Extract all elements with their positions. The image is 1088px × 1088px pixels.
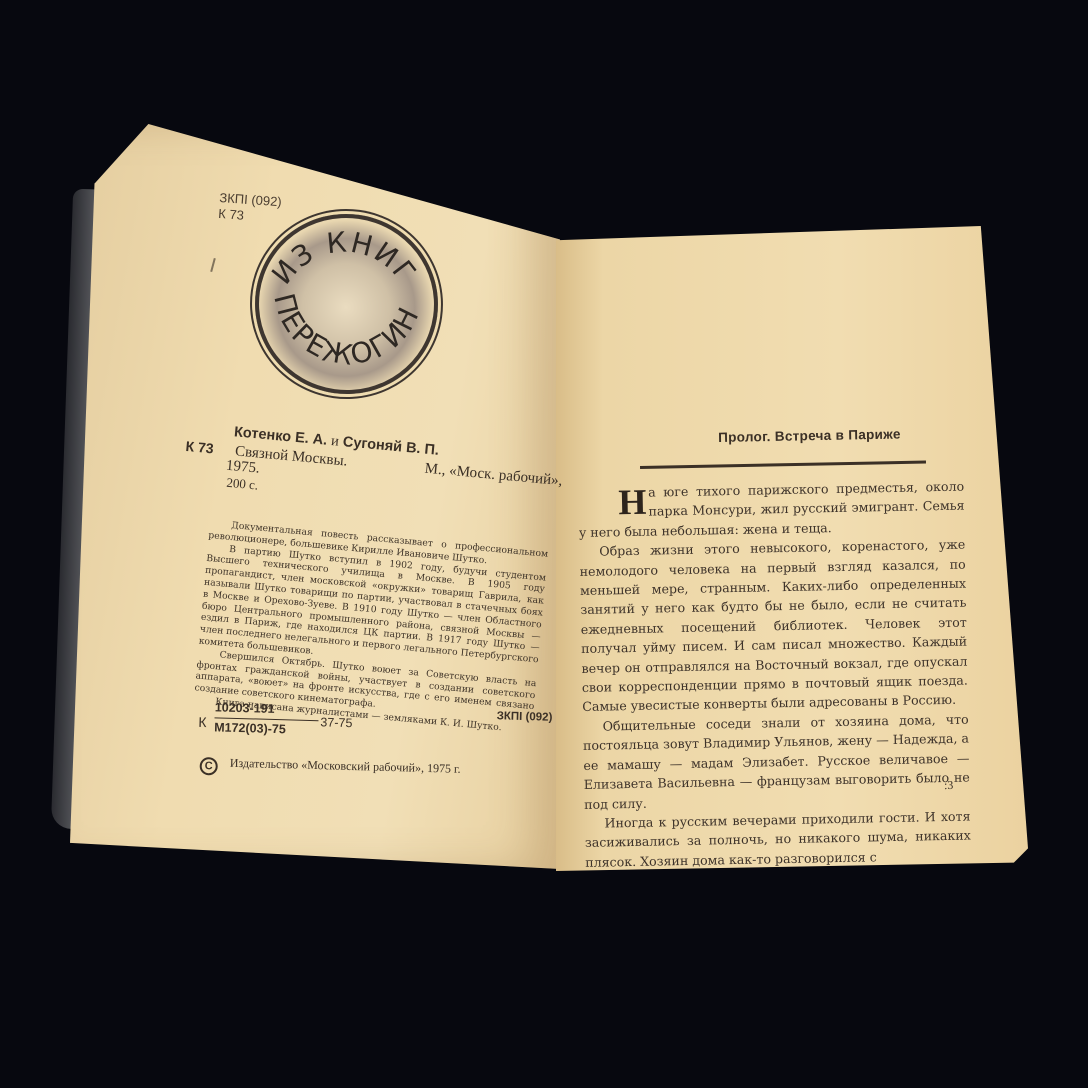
classification-letter: К xyxy=(198,714,207,730)
classification-numerator: 10203-191 xyxy=(215,700,275,716)
record-shelf-code: К 73 xyxy=(185,438,214,456)
copyright-icon: C xyxy=(199,757,217,775)
chapter-body: На юге тихого парижского предместья, око… xyxy=(578,477,971,872)
classification-suffix: 37-75 xyxy=(320,715,352,730)
author-conjunction: и xyxy=(330,433,339,450)
drop-cap: Н xyxy=(618,485,647,520)
body-paragraph: На юге тихого парижского предместья, око… xyxy=(578,477,965,543)
library-stamp-icon: ИЗ КНИГ ПЕРЕЖОГИНА В.П. xyxy=(243,202,449,406)
page-number: :3 xyxy=(944,778,954,793)
classification-denominator: М172(03)-75 xyxy=(214,720,286,736)
classification-code: ЗКПІ (092) xyxy=(496,710,552,724)
photo-scene: ЗКПІ (092) К 73 ИЗ КНИГ ПЕРЕЖОГИНА В.П. … xyxy=(0,0,1088,1088)
body-paragraph: Образ жизни этого невысокого, коренастог… xyxy=(579,535,968,717)
body-paragraph: Иногда к русским вечерами приходили гост… xyxy=(584,806,971,872)
body-paragraph: Общительные соседи знали от хозяина дома… xyxy=(582,709,970,813)
